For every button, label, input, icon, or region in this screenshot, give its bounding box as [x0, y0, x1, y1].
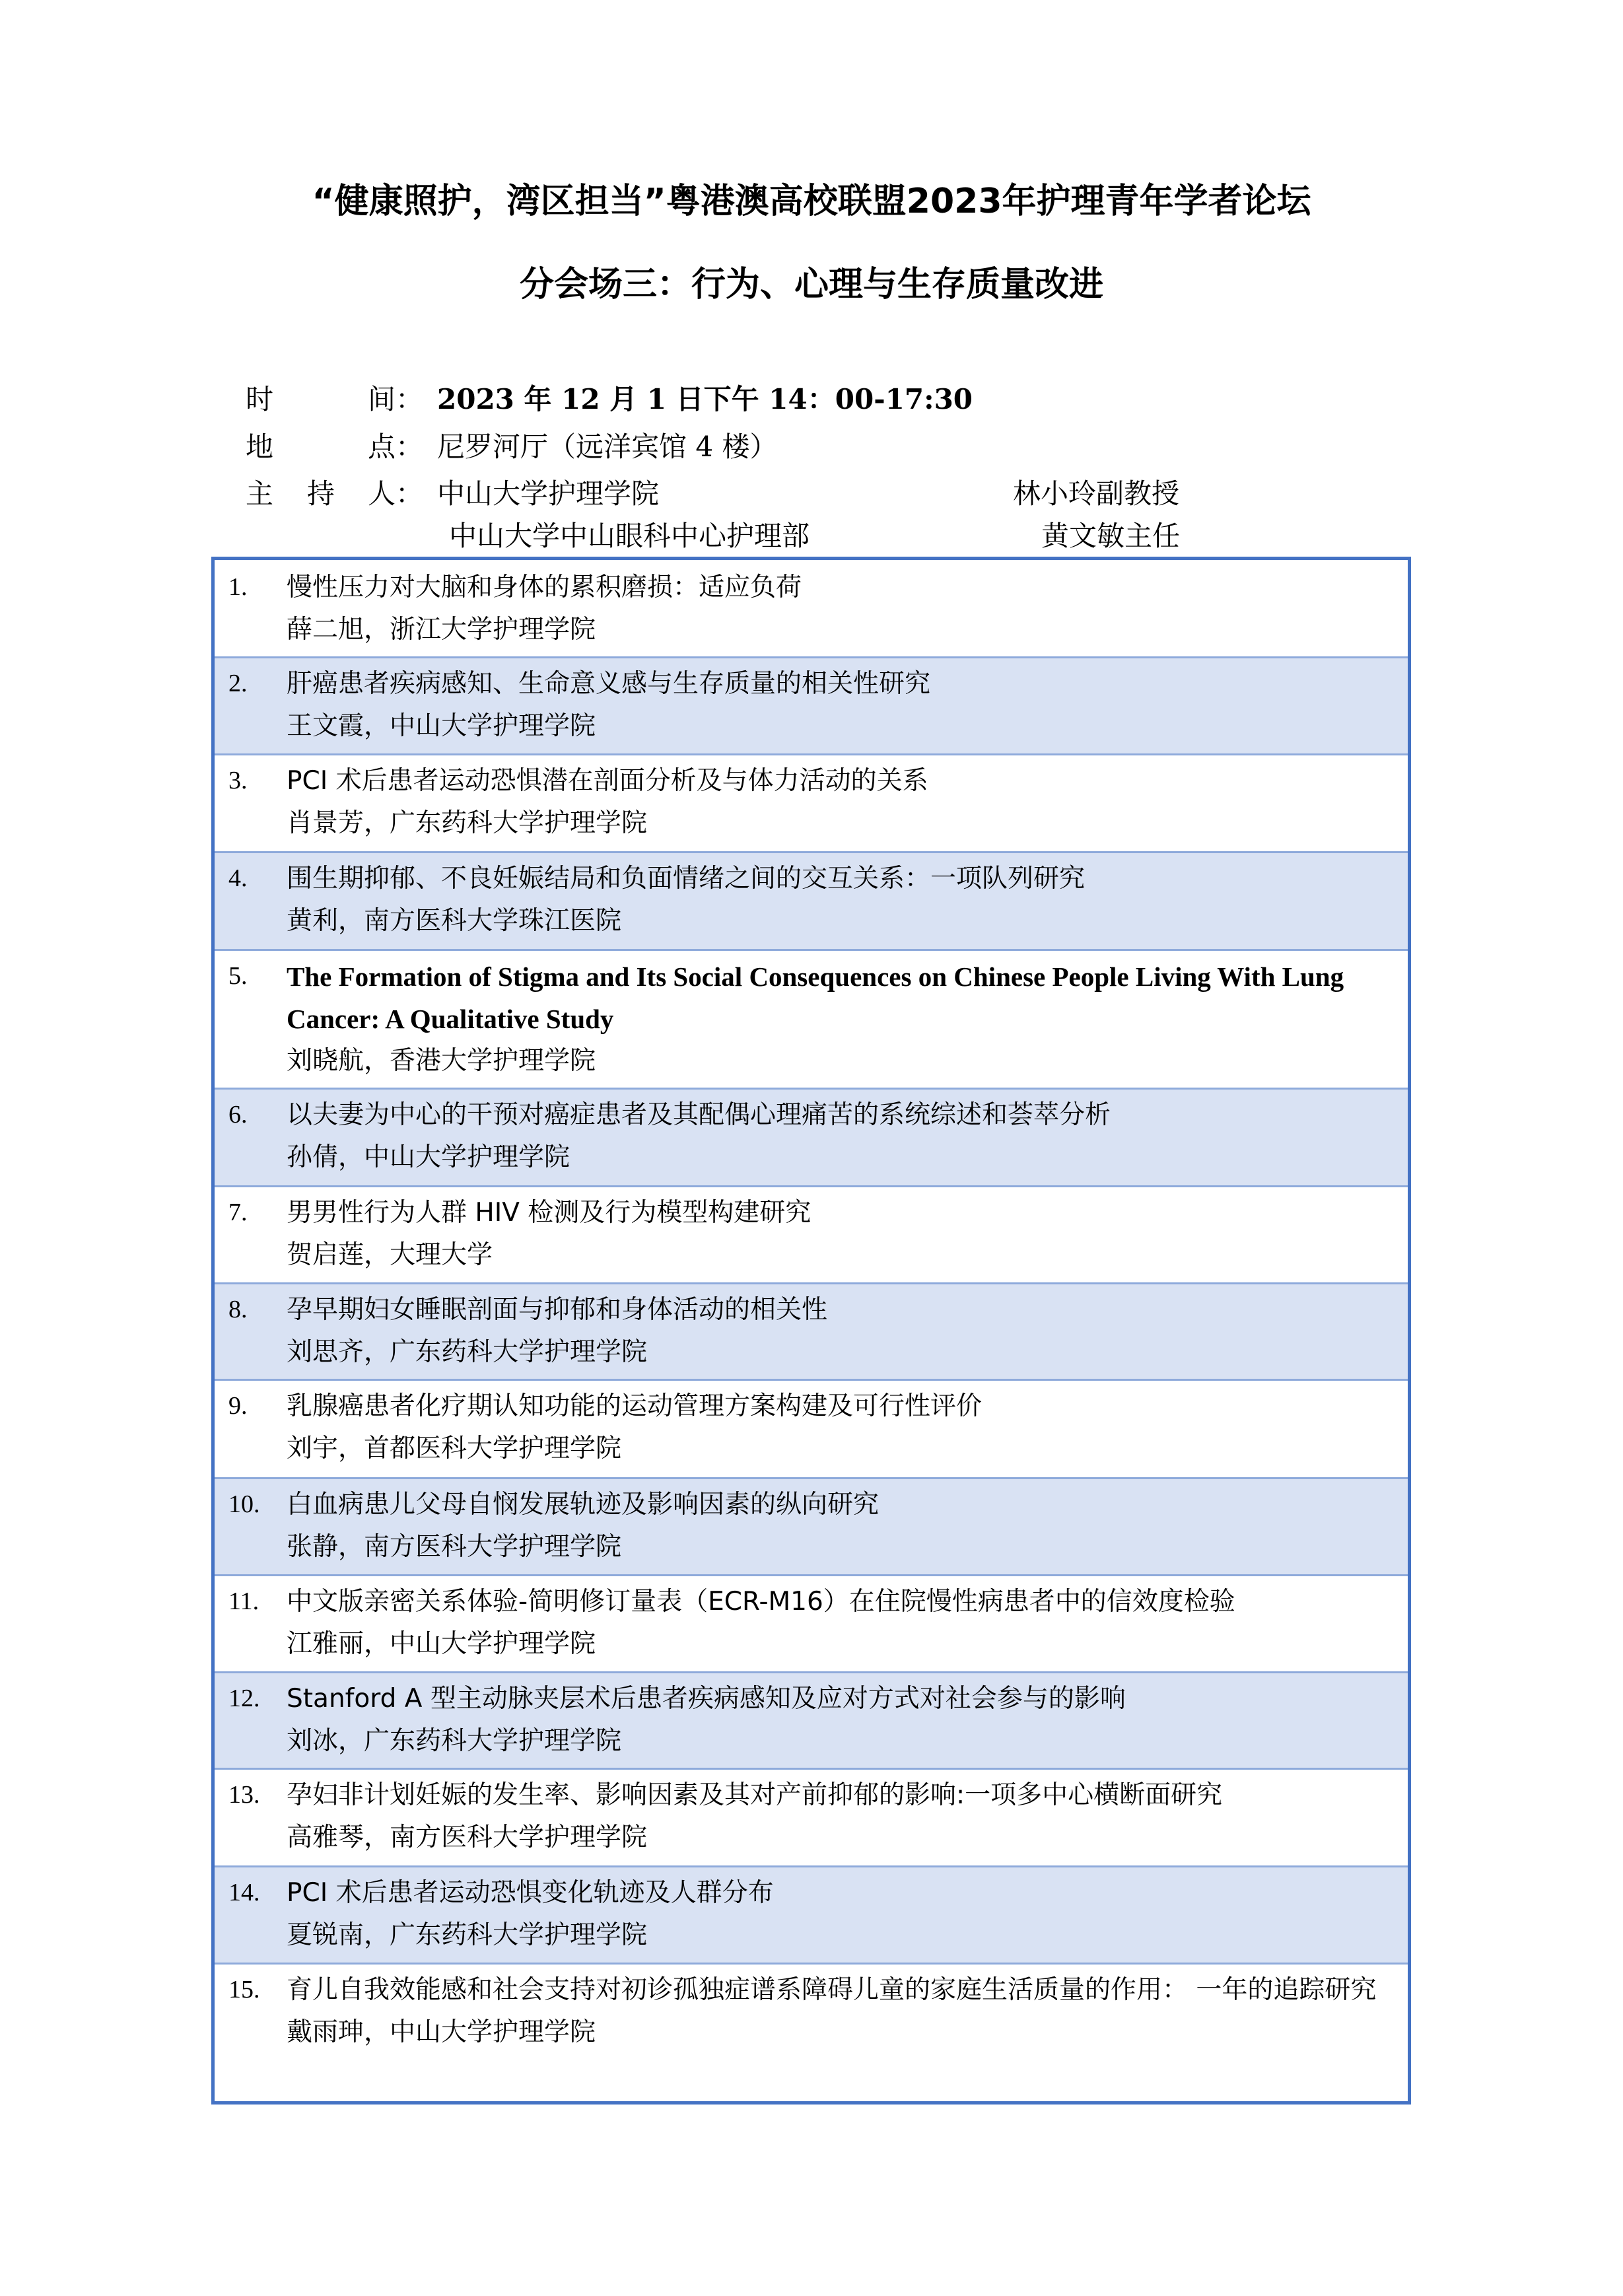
- talk-number: 10.: [228, 1484, 260, 1525]
- talk-row: 3. PCI 术后患者运动恐惧潜在剖面分析及与体力活动的关系 肖景芳，广东药科大…: [215, 753, 1408, 851]
- talk-author: 刘宇，首都医科大学护理学院: [287, 1428, 1400, 1470]
- talks-table: 1. 慢性压力对大脑和身体的累积磨损：适应负荷 薛二旭，浙江大学护理学院 2. …: [211, 557, 1411, 2105]
- talk-author: 王文霞，中山大学护理学院: [287, 705, 1400, 748]
- row-divider: [215, 1963, 1408, 1965]
- talk-author: 刘冰，广东药科大学护理学院: [287, 1720, 1400, 1762]
- talk-number: 5.: [228, 956, 248, 996]
- meta-time-value: 2023 年 12 月 1 日下午 14：00-17:30: [437, 380, 973, 419]
- row-divider: [215, 753, 1408, 755]
- host-2-org: 中山大学中山眼科中心护理部: [449, 516, 810, 556]
- talk-row: 7. 男男性行为人群 HIV 检测及行为模型构建研究 贺启莲，大理大学: [215, 1185, 1408, 1282]
- talk-row: 5. The Formation of Stigma and Its Socia…: [215, 949, 1408, 1088]
- talk-title: 慢性压力对大脑和身体的累积磨损：适应负荷: [287, 567, 1400, 609]
- talk-author: 肖景芳，广东药科大学护理学院: [287, 802, 1400, 845]
- row-divider: [215, 1574, 1408, 1576]
- talk-title: 育儿自我效能感和社会支持对初诊孤独症谱系障碍儿童的家庭生活质量的作用： 一年的追…: [287, 1969, 1400, 2011]
- talk-title: PCI 术后患者运动恐惧变化轨迹及人群分布: [287, 1872, 1400, 1914]
- meta-place-label-1: 地: [246, 427, 273, 467]
- talk-author: 刘晓航，香港大学护理学院: [287, 1040, 1400, 1082]
- talk-number: 13.: [228, 1774, 260, 1815]
- talk-title: 孕早期妇女睡眠剖面与抑郁和身体活动的相关性: [287, 1289, 1400, 1331]
- meta-place-value: 尼罗河厅（远洋宾馆 4 楼）: [437, 427, 777, 467]
- row-divider: [215, 851, 1408, 853]
- talk-author: 张静，南方医科大学护理学院: [287, 1526, 1400, 1568]
- row-divider: [215, 1477, 1408, 1479]
- talk-title: Stanford A 型主动脉夹层术后患者疾病感知及应对方式对社会参与的影响: [287, 1678, 1400, 1720]
- talk-author: 江雅丽，中山大学护理学院: [287, 1623, 1400, 1665]
- talk-row: 9. 乳腺癌患者化疗期认知功能的运动管理方案构建及可行性评价 刘宇，首都医科大学…: [215, 1379, 1408, 1477]
- talk-title: 男男性行为人群 HIV 检测及行为模型构建研究: [287, 1192, 1400, 1234]
- talk-row: 2. 肝癌患者疾病感知、生命意义感与生存质量的相关性研究 王文霞，中山大学护理学…: [215, 656, 1408, 753]
- talk-number: 2.: [228, 663, 248, 704]
- talk-author: 孙倩，中山大学护理学院: [287, 1136, 1400, 1179]
- meta-host-label-mid: 持: [307, 474, 335, 514]
- talk-row: 15. 育儿自我效能感和社会支持对初诊孤独症谱系障碍儿童的家庭生活质量的作用： …: [215, 1963, 1408, 2101]
- talk-title: 以夫妻为中心的干预对癌症患者及其配偶心理痛苦的系统综述和荟萃分析: [287, 1094, 1400, 1136]
- talk-title: 肝癌患者疾病感知、生命意义感与生存质量的相关性研究: [287, 663, 1400, 705]
- row-divider: [215, 1185, 1408, 1187]
- meta-host-label-1: 主: [246, 474, 273, 514]
- talk-number: 9.: [228, 1385, 248, 1426]
- talk-row: 6. 以夫妻为中心的干预对癌症患者及其配偶心理痛苦的系统综述和荟萃分析 孙倩，中…: [215, 1088, 1408, 1185]
- host-1-org: 中山大学护理学院: [437, 474, 659, 514]
- talk-number: 4.: [228, 858, 248, 899]
- talk-number: 15.: [228, 1969, 260, 2010]
- document-title: “健康照护，湾区担当”粤港澳高校联盟2023年护理青年学者论坛: [0, 173, 1623, 223]
- row-divider: [215, 1768, 1408, 1770]
- talk-title: 白血病患儿父母自悯发展轨迹及影响因素的纵向研究: [287, 1484, 1400, 1526]
- talk-title: The Formation of Stigma and Its Social C…: [287, 956, 1400, 1040]
- talk-title: 围生期抑郁、不良妊娠结局和负面情绪之间的交互关系：一项队列研究: [287, 858, 1400, 900]
- host-1-person: 林小玲副教授: [1013, 474, 1179, 514]
- talk-title: 孕妇非计划妊娠的发生率、影响因素及其对产前抑郁的影响:一项多中心横断面研究: [287, 1774, 1400, 1817]
- talk-title: 乳腺癌患者化疗期认知功能的运动管理方案构建及可行性评价: [287, 1385, 1400, 1428]
- talk-title: PCI 术后患者运动恐惧潜在剖面分析及与体力活动的关系: [287, 760, 1400, 802]
- talk-row: 1. 慢性压力对大脑和身体的累积磨损：适应负荷 薛二旭，浙江大学护理学院: [215, 560, 1408, 656]
- row-divider: [215, 1379, 1408, 1381]
- talk-number: 3.: [228, 760, 248, 801]
- talk-number: 7.: [228, 1192, 248, 1233]
- talk-author: 高雅琴，南方医科大学护理学院: [287, 1817, 1400, 1859]
- talk-author: 黄利，南方医科大学珠江医院: [287, 900, 1400, 942]
- row-divider: [215, 1865, 1408, 1867]
- talk-row: 11. 中文版亲密关系体验-简明修订量表（ECR-M16）在住院慢性病患者中的信…: [215, 1574, 1408, 1671]
- row-divider: [215, 1671, 1408, 1673]
- row-divider: [215, 1088, 1408, 1090]
- row-divider: [215, 656, 1408, 658]
- row-divider: [215, 1282, 1408, 1284]
- talk-author: 夏锐南，广东药科大学护理学院: [287, 1914, 1400, 1957]
- talk-row: 8. 孕早期妇女睡眠剖面与抑郁和身体活动的相关性 刘思齐，广东药科大学护理学院: [215, 1282, 1408, 1379]
- talk-number: 11.: [228, 1581, 259, 1622]
- talk-author: 薛二旭，浙江大学护理学院: [287, 609, 1400, 651]
- talk-number: 6.: [228, 1094, 248, 1135]
- talk-row: 14. PCI 术后患者运动恐惧变化轨迹及人群分布 夏锐南，广东药科大学护理学院: [215, 1865, 1408, 1963]
- talk-row: 10. 白血病患儿父母自悯发展轨迹及影响因素的纵向研究 张静，南方医科大学护理学…: [215, 1477, 1408, 1574]
- talk-row: 4. 围生期抑郁、不良妊娠结局和负面情绪之间的交互关系：一项队列研究 黄利，南方…: [215, 851, 1408, 949]
- talk-title: 中文版亲密关系体验-简明修订量表（ECR-M16）在住院慢性病患者中的信效度检验: [287, 1581, 1400, 1623]
- talk-author: 刘思齐，广东药科大学护理学院: [287, 1331, 1400, 1374]
- talk-number: 1.: [228, 567, 248, 608]
- talk-number: 12.: [228, 1678, 260, 1719]
- row-divider: [215, 949, 1408, 951]
- meta-time-label-2: 间：: [368, 380, 423, 419]
- talk-row: 13. 孕妇非计划妊娠的发生率、影响因素及其对产前抑郁的影响:一项多中心横断面研…: [215, 1768, 1408, 1865]
- talk-author: 戴雨珅，中山大学护理学院: [287, 2011, 1400, 2054]
- meta-place-label-2: 点：: [368, 427, 423, 467]
- talk-row: 12. Stanford A 型主动脉夹层术后患者疾病感知及应对方式对社会参与的…: [215, 1671, 1408, 1768]
- session-subtitle: 分会场三：行为、心理与生存质量改进: [0, 256, 1623, 306]
- talk-number: 8.: [228, 1289, 248, 1330]
- meta-host-label-2: 人：: [368, 474, 423, 514]
- meta-time-label-1: 时: [246, 380, 273, 419]
- talk-author: 贺启莲，大理大学: [287, 1234, 1400, 1276]
- talk-number: 14.: [228, 1872, 260, 1913]
- host-2-person: 黄文敏主任: [1041, 516, 1180, 556]
